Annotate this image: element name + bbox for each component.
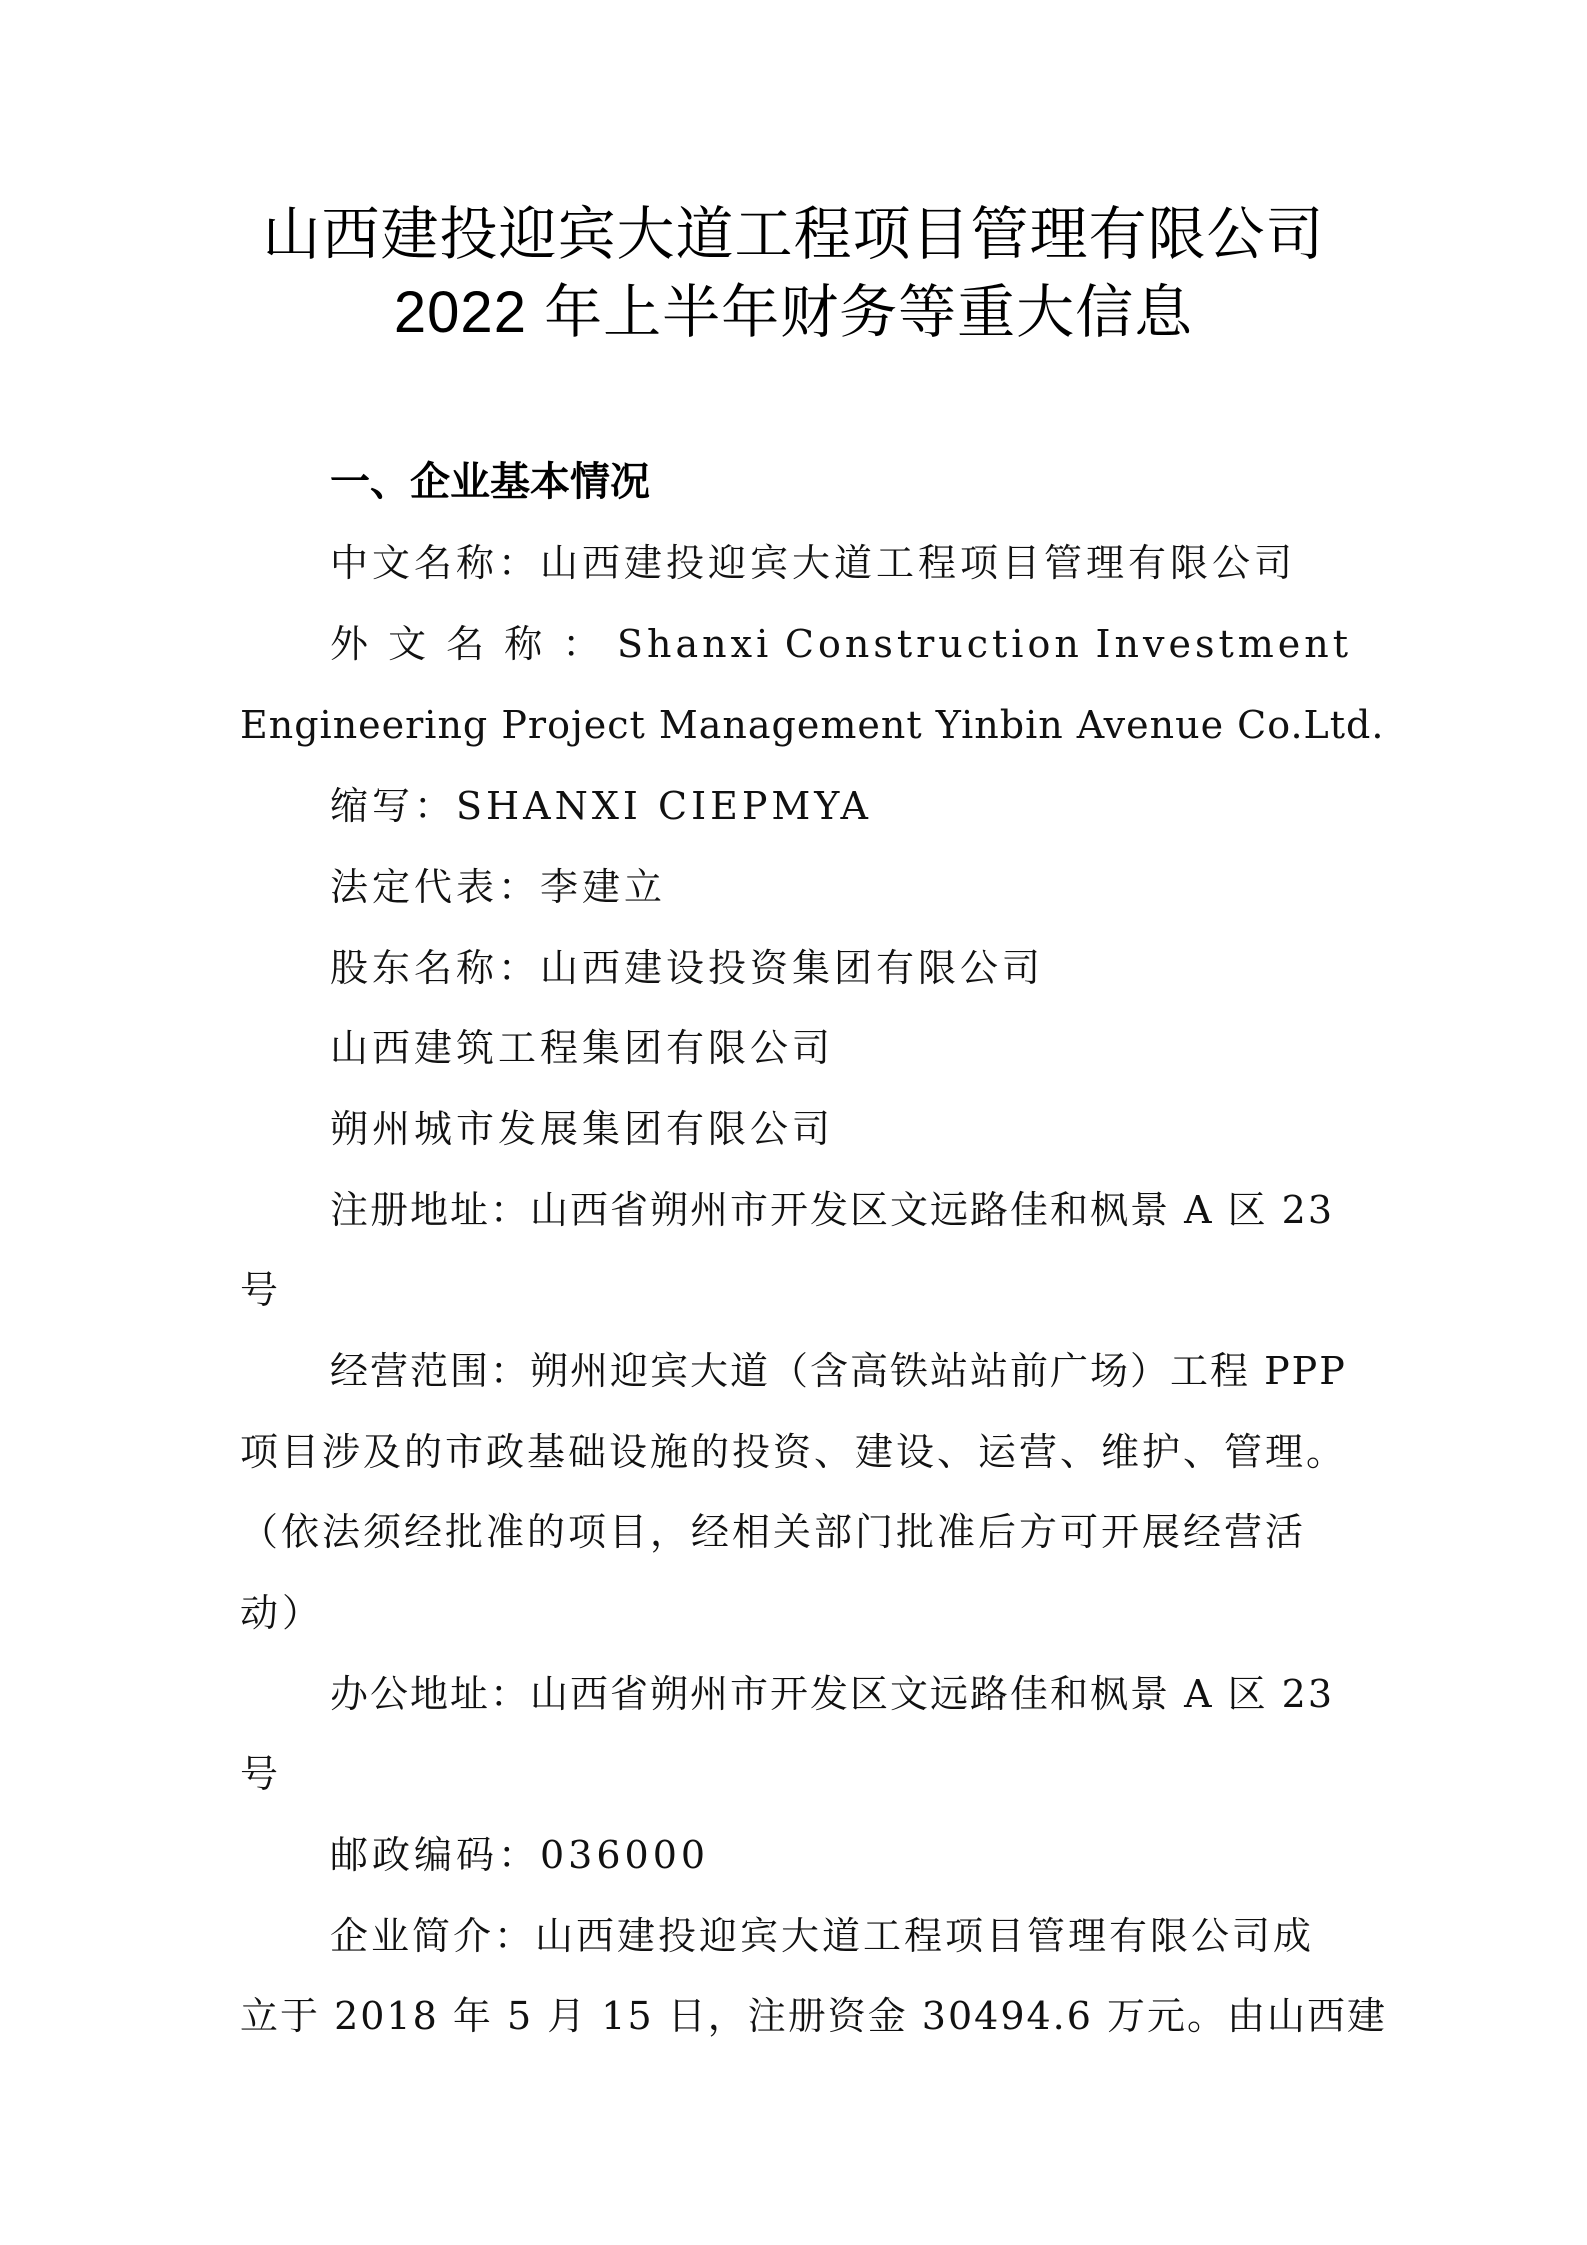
foreign-name-continuation: Engineering Project Management Yinbin Av… [240, 697, 1352, 753]
document-title-line1: 山西建投迎宾大道工程项目管理有限公司 [0, 200, 1587, 270]
registered-address-continuation: 号 [240, 1262, 1352, 1318]
document-title-line2: 2022 年上半年财务等重大信息 [0, 278, 1587, 348]
foreign-name-line: 外 文 名 称 ： Shanxi Construction Investment [330, 616, 1352, 672]
business-scope-line-2: 项目涉及的市政基础设施的投资、建设、运营、维护、管理。 [240, 1424, 1352, 1480]
office-address-line: 办公地址：山西省朔州市开发区文远路佳和枫景 A 区 23 [330, 1666, 1352, 1722]
foreign-name-word-2: Construction [785, 616, 1083, 672]
company-profile-line-2: 立于 2018 年 5 月 15 日，注册资金 30494.6 万元。由山西建 [240, 1988, 1352, 2044]
chinese-name-line: 中文名称：山西建投迎宾大道工程项目管理有限公司 [330, 535, 1352, 591]
business-scope-line-3: （依法须经批准的项目，经相关部门批准后方可开展经营活 [240, 1504, 1352, 1560]
shareholder-line-2: 山西建筑工程集团有限公司 [330, 1020, 1352, 1076]
company-profile-line-1: 企业简介：山西建投迎宾大道工程项目管理有限公司成 [330, 1908, 1352, 1964]
business-scope-line-4: 动） [240, 1585, 1352, 1641]
foreign-name-word-1: Shanxi [617, 616, 772, 672]
foreign-name-label: 外 文 名 称 ： [330, 616, 604, 672]
legal-representative-line: 法定代表：李建立 [330, 859, 1352, 915]
shareholder-line-1: 股东名称：山西建设投资集团有限公司 [330, 940, 1352, 996]
business-scope-line-1: 经营范围：朔州迎宾大道（含高铁站站前广场）工程 PPP [330, 1343, 1352, 1399]
postal-code-line: 邮政编码：036000 [330, 1827, 1352, 1883]
section-heading-basic-info: 一、企业基本情况 [330, 452, 650, 512]
shareholder-line-3: 朔州城市发展集团有限公司 [330, 1101, 1352, 1157]
office-address-continuation: 号 [240, 1746, 1352, 1802]
registered-address-line: 注册地址：山西省朔州市开发区文远路佳和枫景 A 区 23 [330, 1182, 1352, 1238]
foreign-name-word-3: Investment [1096, 616, 1352, 672]
document-page: 山西建投迎宾大道工程项目管理有限公司 2022 年上半年财务等重大信息 一、企业… [0, 0, 1587, 2245]
abbreviation-line: 缩写：SHANXI CIEPMYA [330, 778, 1352, 834]
